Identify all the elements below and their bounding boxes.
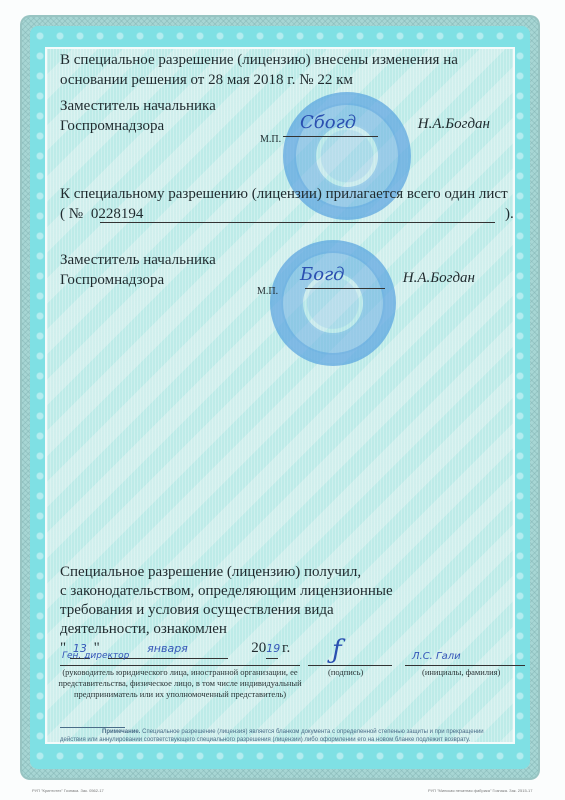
footnote: Примечание. Специальное разрешение (лице… — [60, 728, 500, 744]
signature-block-2: Заместитель начальника Госпромнадзора М.… — [60, 250, 510, 310]
receipt-line-3: требования и условия осуществления вида — [60, 601, 510, 620]
amendment-text: В специальное разрешение (лицензию) внес… — [60, 50, 510, 90]
attachment-statement: К специальному разрешению (лицензии) при… — [60, 184, 510, 224]
receiver-signature-row: Ген. директор (руководитель юридического… — [60, 663, 530, 713]
date-year-suffix: 19 — [266, 639, 278, 659]
stamp-place-label: М.П. — [257, 286, 278, 297]
printer-mark-right: РУП "Минская печатная фабрика" Гознака. … — [428, 788, 532, 793]
signer-name: Н.А.Богдан — [418, 116, 490, 133]
attachment-line-1: К специальному разрешению (лицензии) при… — [60, 184, 510, 204]
signature-caption: (подпись) — [328, 667, 363, 678]
initials-line — [405, 663, 525, 666]
role-line-2: Госпромнадзора — [60, 116, 216, 136]
signature-line — [283, 136, 378, 137]
signature-line — [308, 663, 392, 666]
signer-name: Н.А.Богдан — [403, 270, 475, 287]
position-caption: (руководитель юридического лица, иностра… — [55, 667, 305, 700]
attachment-number-line: ( № 0228194 ). — [60, 204, 510, 224]
number-underline — [100, 222, 495, 223]
receipt-acknowledgement: Специальное разрешение (лицензию) получи… — [60, 563, 510, 659]
role-line-2: Госпромнадзора — [60, 270, 216, 290]
receiver-handwritten-signature: ƒ — [332, 635, 342, 665]
receipt-line-2: с законодательством, определяющим лиценз… — [60, 582, 510, 601]
position-line — [60, 663, 300, 666]
handwritten-initials: Л.С. Гали — [412, 651, 461, 662]
signature-line — [305, 288, 385, 289]
handwritten-signature: Богд — [300, 264, 345, 285]
number-suffix: ). — [505, 204, 514, 224]
stamp-place-label: М.П. — [260, 134, 281, 145]
handwritten-position: Ген. директор — [62, 651, 129, 661]
printer-mark-left: РУП "Криптотех" Гознака. Зак. 0562-17 — [32, 788, 104, 793]
amendment-line-2: основании решения от 28 мая 2018 г. № 22… — [60, 70, 510, 90]
attachment-number: 0228194 — [91, 206, 144, 222]
initials-caption: (инициалы, фамилия) — [422, 667, 500, 678]
signer-role: Заместитель начальника Госпромнадзора — [60, 96, 216, 136]
amendment-line-1: В специальное разрешение (лицензию) внес… — [60, 50, 510, 70]
receipt-line-1: Специальное разрешение (лицензию) получи… — [60, 563, 510, 582]
signer-role: Заместитель начальника Госпромнадзора — [60, 250, 216, 290]
role-line-1: Заместитель начальника — [60, 96, 216, 116]
footnote-label: Примечание. — [60, 729, 140, 735]
receipt-line-4: деятельности, ознакомлен — [60, 620, 510, 639]
signature-block-1: Заместитель начальника Госпромнадзора М.… — [60, 96, 510, 156]
handwritten-signature: Сбогд — [300, 112, 356, 133]
number-prefix: ( № — [60, 206, 83, 222]
date-year-prefix: 20 — [251, 640, 266, 656]
date-year-unit: г. — [282, 640, 290, 656]
role-line-1: Заместитель начальника — [60, 250, 216, 270]
